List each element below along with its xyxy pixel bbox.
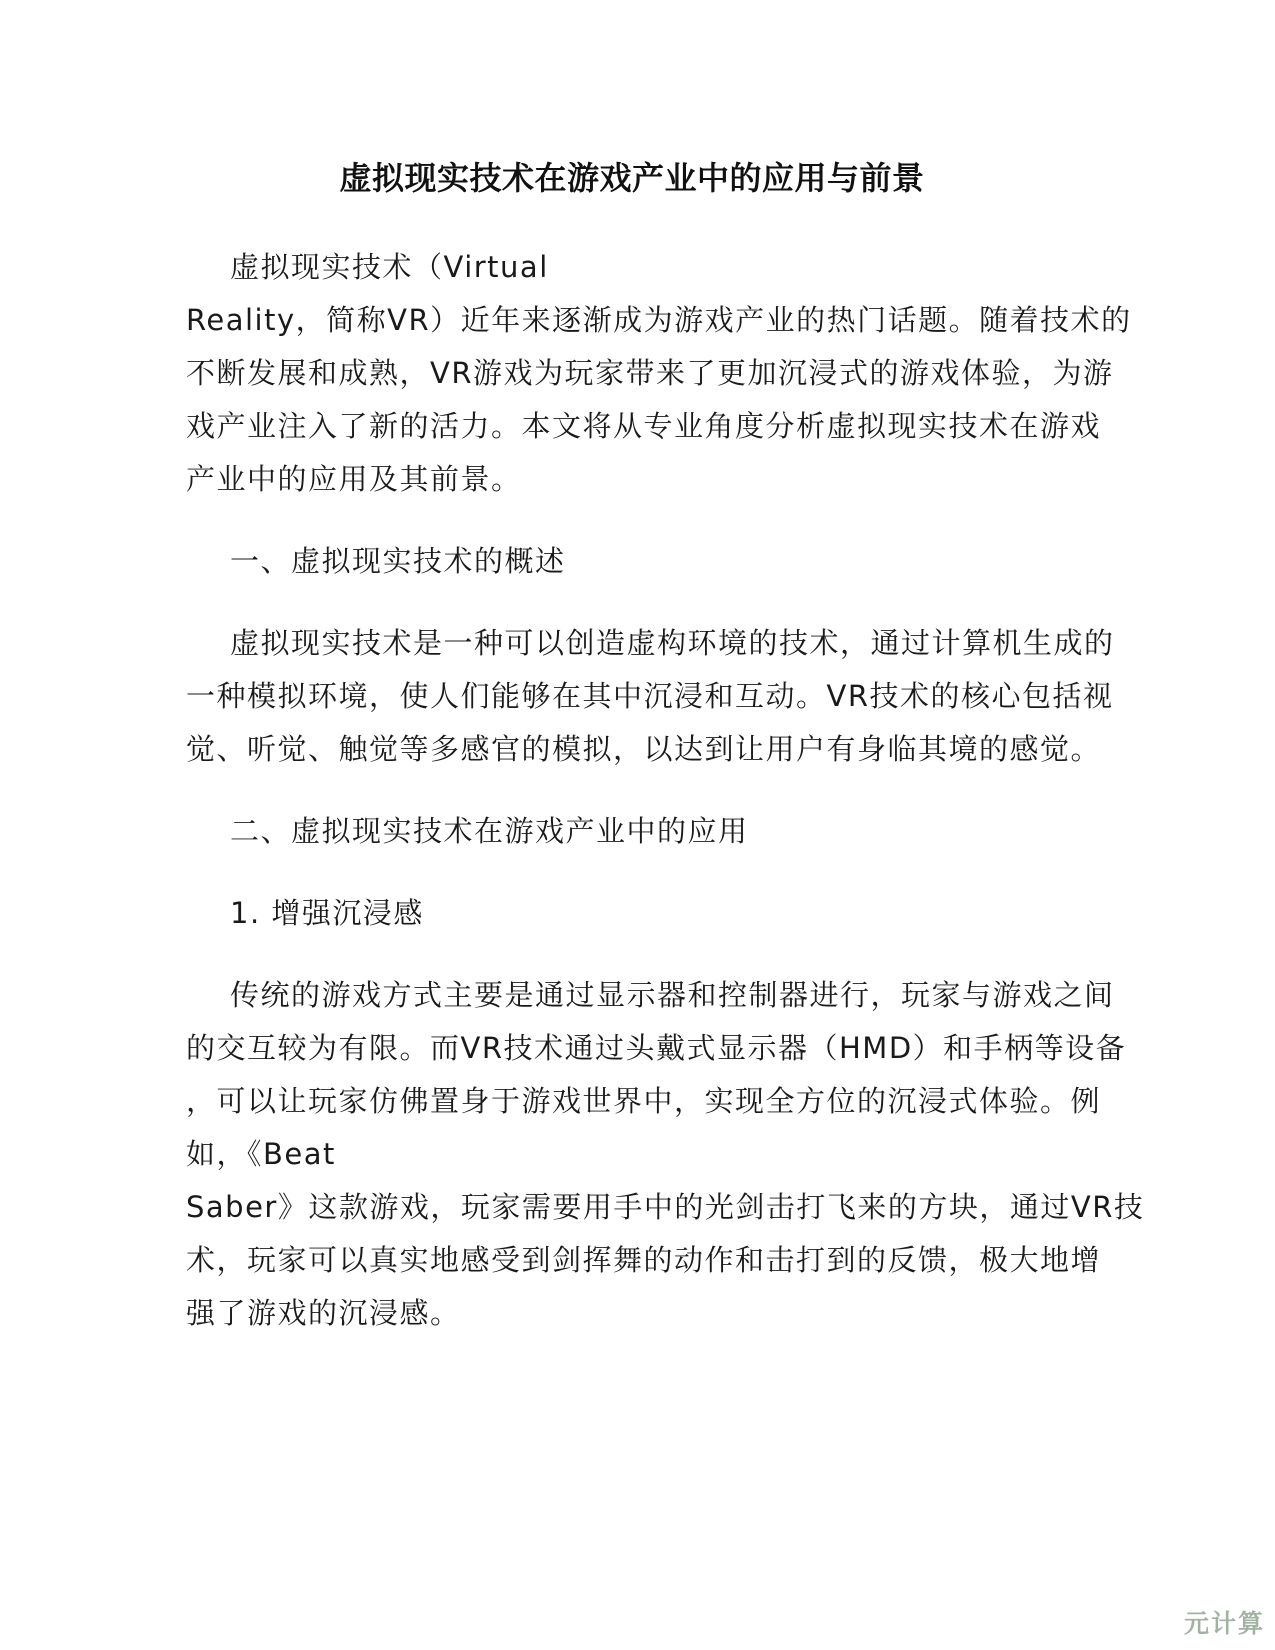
text-line: 虚拟现实技术是一种可以创造虚构环境的技术，通过计算机生成的	[186, 617, 1078, 670]
text-line: ，可以让玩家仿佛置身于游戏世界中，实现全方位的沉浸式体验。例	[186, 1075, 1078, 1128]
text-line: 虚拟现实技术在游戏产业中的应用与前景	[186, 152, 1078, 205]
text-line: 二、虚拟现实技术在游戏产业中的应用	[186, 805, 1078, 858]
text-line: 产业中的应用及其前景。	[186, 453, 1078, 506]
text-line: 1. 增强沉浸感	[186, 887, 1078, 940]
watermark-text: 元计算	[1184, 1604, 1265, 1640]
text-line: 传统的游戏方式主要是通过显示器和控制器进行，玩家与游戏之间	[186, 969, 1078, 1022]
text-line: Saber》这款游戏，玩家需要用手中的光剑击打飞来的方块，通过VR技	[186, 1181, 1078, 1234]
text-line: Reality，简称VR）近年来逐渐成为游戏产业的热门话题。随着技术的	[186, 294, 1078, 347]
text-line: 虚拟现实技术（Virtual	[186, 241, 1078, 294]
document-content: 虚拟现实技术在游戏产业中的应用与前景虚拟现实技术（VirtualReality，…	[186, 152, 1078, 1369]
text-line: 一种模拟环境，使人们能够在其中沉浸和互动。VR技术的核心包括视	[186, 670, 1078, 723]
paragraph: 传统的游戏方式主要是通过显示器和控制器进行，玩家与游戏之间的交互较为有限。而VR…	[186, 969, 1078, 1340]
text-line: 一、虚拟现实技术的概述	[186, 535, 1078, 588]
document-page: 虚拟现实技术在游戏产业中的应用与前景虚拟现实技术（VirtualReality，…	[0, 0, 1275, 1650]
paragraph: 虚拟现实技术（VirtualReality，简称VR）近年来逐渐成为游戏产业的热…	[186, 241, 1078, 506]
section-heading: 二、虚拟现实技术在游戏产业中的应用	[186, 805, 1078, 858]
text-line: 不断发展和成熟，VR游戏为玩家带来了更加沉浸式的游戏体验，为游	[186, 347, 1078, 400]
section-heading: 一、虚拟现实技术的概述	[186, 535, 1078, 588]
text-line: 如，《Beat	[186, 1128, 1078, 1181]
text-line: 术，玩家可以真实地感受到剑挥舞的动作和击打到的反馈，极大地增	[186, 1234, 1078, 1287]
section-heading: 1. 增强沉浸感	[186, 887, 1078, 940]
text-line: 觉、听觉、触觉等多感官的模拟，以达到让用户有身临其境的感觉。	[186, 723, 1078, 776]
paragraph: 虚拟现实技术是一种可以创造虚构环境的技术，通过计算机生成的一种模拟环境，使人们能…	[186, 617, 1078, 776]
text-line: 戏产业注入了新的活力。本文将从专业角度分析虚拟现实技术在游戏	[186, 400, 1078, 453]
text-line: 强了游戏的沉浸感。	[186, 1287, 1078, 1340]
document-title: 虚拟现实技术在游戏产业中的应用与前景	[186, 152, 1078, 205]
text-line: 的交互较为有限。而VR技术通过头戴式显示器（HMD）和手柄等设备	[186, 1022, 1078, 1075]
